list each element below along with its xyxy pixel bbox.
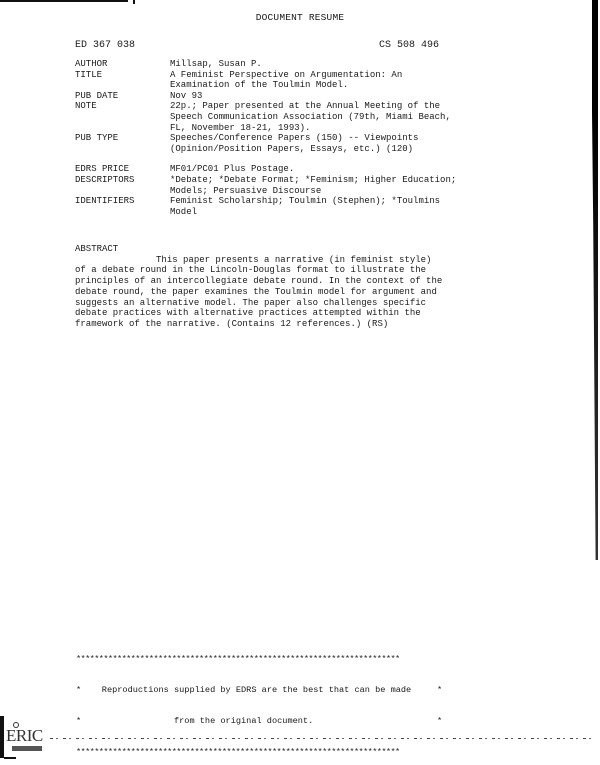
field-label: PUB DATE: [75, 91, 170, 102]
field-label: NOTE: [75, 101, 170, 133]
field-value: *Debate; *Debate Format; *Feminism; High…: [170, 175, 456, 196]
abstract-label: ABSTRACT: [75, 244, 442, 255]
field-descriptors: DESCRIPTORS *Debate; *Debate Format; *Fe…: [75, 175, 456, 196]
field-author: AUTHOR Millsap, Susan P.: [75, 59, 456, 70]
field-label: IDENTIFIERS: [75, 196, 170, 217]
field-value: A Feminist Perspective on Argumentation:…: [170, 70, 402, 91]
abstract-text: This paper presents a narrative (in femi…: [75, 255, 442, 330]
field-pub-type: PUB TYPE Speeches/Conference Papers (150…: [75, 133, 456, 154]
field-value: Feminist Scholarship; Toulmin (Stephen);…: [170, 196, 440, 217]
field-edrs-price: EDRS PRICE MF01/PC01 Plus Postage.: [75, 164, 456, 175]
document-heading: DOCUMENT RESUME: [0, 12, 600, 23]
field-pub-date: PUB DATE Nov 93: [75, 91, 456, 102]
field-value: Nov 93: [170, 91, 202, 102]
field-value: MF01/PC01 Plus Postage.: [170, 164, 294, 175]
field-title: TITLE A Feminist Perspective on Argument…: [75, 70, 456, 91]
eric-logo-text: ERIC: [6, 726, 43, 746]
scan-border-tick: [133, 0, 135, 4]
field-label: DESCRIPTORS: [75, 175, 170, 196]
reproduction-notice: ****************************************…: [76, 633, 442, 765]
scan-artifact-line: [50, 738, 595, 739]
document-fields: AUTHOR Millsap, Susan P. TITLE A Feminis…: [75, 59, 456, 217]
field-label: PUB TYPE: [75, 133, 170, 154]
ed-accession-number: ED 367 038: [75, 40, 135, 51]
field-label: AUTHOR: [75, 59, 170, 70]
scan-border-top: [0, 0, 128, 2]
eric-logo-subtext-bar: [12, 746, 42, 751]
scan-border-right: [592, 0, 598, 560]
field-note: NOTE 22p.; Paper presented at the Annual…: [75, 101, 456, 133]
cs-clearinghouse-number: CS 508 496: [379, 40, 439, 51]
star-border-top: ****************************************…: [76, 654, 442, 664]
field-identifiers: IDENTIFIERS Feminist Scholarship; Toulmi…: [75, 196, 456, 217]
abstract-section: ABSTRACT This paper presents a narrative…: [75, 244, 442, 330]
notice-line-1: * Reproductions supplied by EDRS are the…: [76, 685, 442, 695]
field-value: Speeches/Conference Papers (150) -- View…: [170, 133, 418, 154]
star-border-bottom: ****************************************…: [76, 747, 442, 757]
eric-logo: ERIC: [4, 722, 48, 754]
field-label: EDRS PRICE: [75, 164, 170, 175]
notice-line-2: * from the original document. *: [76, 716, 442, 726]
field-value: Millsap, Susan P.: [170, 59, 262, 70]
field-label: TITLE: [75, 70, 170, 91]
field-value: 22p.; Paper presented at the Annual Meet…: [170, 101, 451, 133]
scan-border-bottom: [4, 757, 16, 759]
